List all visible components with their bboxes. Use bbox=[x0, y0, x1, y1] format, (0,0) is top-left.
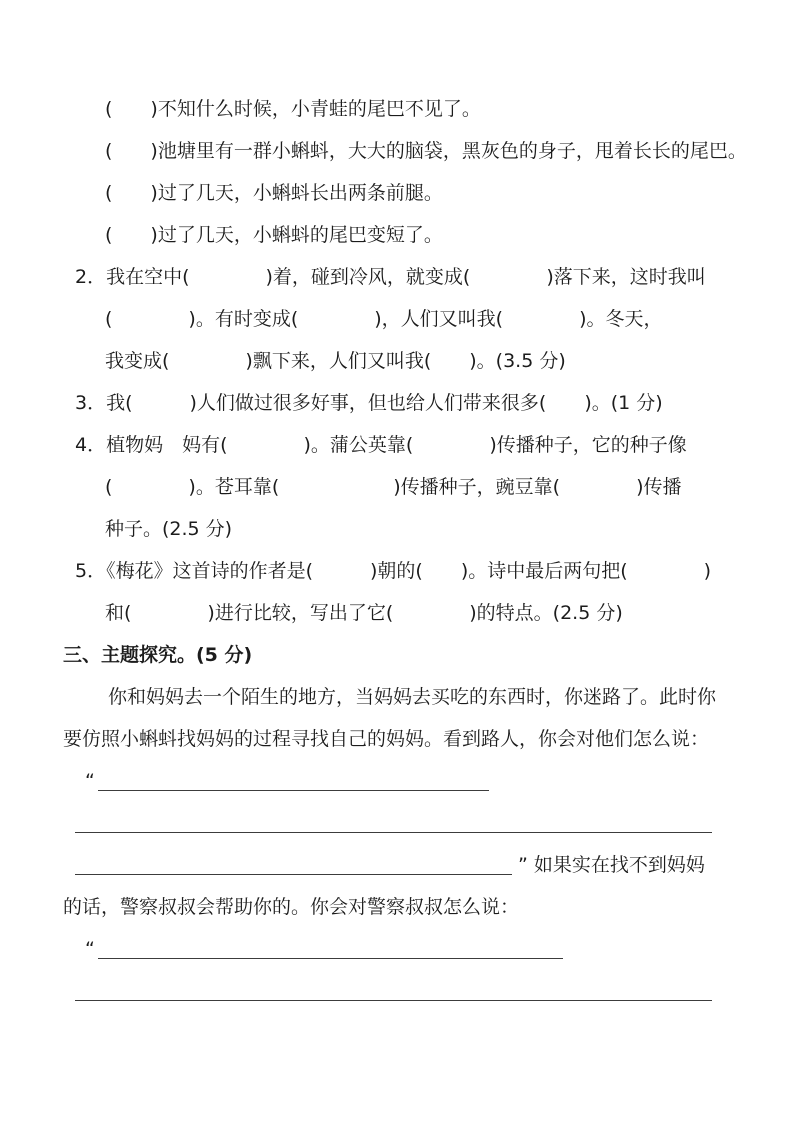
ordering-item: ( )过了几天，小蝌蚪长出两条前腿。 bbox=[105, 172, 757, 214]
answer-row bbox=[63, 802, 757, 844]
story-text: ” 如果实在找不到妈妈 bbox=[518, 854, 705, 876]
answer-row: ” 如果实在找不到妈妈 bbox=[63, 844, 757, 886]
answer-row: “ bbox=[85, 760, 757, 802]
question-5-line: 5．《梅花》这首诗的作者是( )朝的( )。诗中最后两句把( ) bbox=[75, 550, 757, 592]
story-text: 你和妈妈去一个陌生的地方，当妈妈去买吃的东西时，你迷路了。此时你 bbox=[108, 676, 757, 718]
open-quote: “ bbox=[85, 928, 95, 970]
question-2-line: ( )。有时变成( )，人们又叫我( )。冬天， bbox=[105, 298, 757, 340]
question-2-line: 我变成( )飘下来，人们又叫我( )。(3.5 分) bbox=[105, 340, 757, 382]
ordering-item: ( )过了几天，小蝌蚪的尾巴变短了。 bbox=[105, 214, 757, 256]
answer-line bbox=[75, 868, 512, 875]
story-text: 的话，警察叔叔会帮助你的。你会对警察叔叔怎么说： bbox=[63, 886, 757, 928]
question-2-line: 2．我在空中( )着，碰到冷风，就变成( )落下来，这时我叫 bbox=[75, 256, 757, 298]
answer-line bbox=[98, 784, 489, 791]
answer-line bbox=[98, 952, 563, 959]
answer-line bbox=[75, 826, 712, 833]
ordering-item: ( )池塘里有一群小蝌蚪，大大的脑袋，黑灰色的身子，甩着长长的尾巴。 bbox=[105, 130, 757, 172]
worksheet-page: ( )不知什么时候，小青蛙的尾巴不见了。 ( )池塘里有一群小蝌蚪，大大的脑袋，… bbox=[0, 0, 793, 1122]
question-4-line: 种子。(2.5 分) bbox=[105, 508, 757, 550]
answer-row: “ bbox=[85, 928, 757, 970]
question-4-line: ( )。苍耳靠( )传播种子，豌豆靠( )传播 bbox=[105, 466, 757, 508]
open-quote: “ bbox=[85, 760, 95, 802]
ordering-item: ( )不知什么时候，小青蛙的尾巴不见了。 bbox=[105, 88, 757, 130]
story-text: 要仿照小蝌蚪找妈妈的过程寻找自己的妈妈。看到路人，你会对他们怎么说： bbox=[63, 718, 757, 760]
question-5-line: 和( )进行比较，写出了它( )的特点。(2.5 分) bbox=[105, 592, 757, 634]
answer-row bbox=[63, 970, 757, 1012]
question-3-line: 3．我( )人们做过很多好事，但也给人们带来很多( )。(1 分) bbox=[75, 382, 757, 424]
answer-line bbox=[75, 994, 712, 1001]
section-heading: 三、主题探究。(5 分) bbox=[63, 634, 757, 676]
question-4-line: 4．植物妈 妈有( )。蒲公英靠( )传播种子，它的种子像 bbox=[75, 424, 757, 466]
